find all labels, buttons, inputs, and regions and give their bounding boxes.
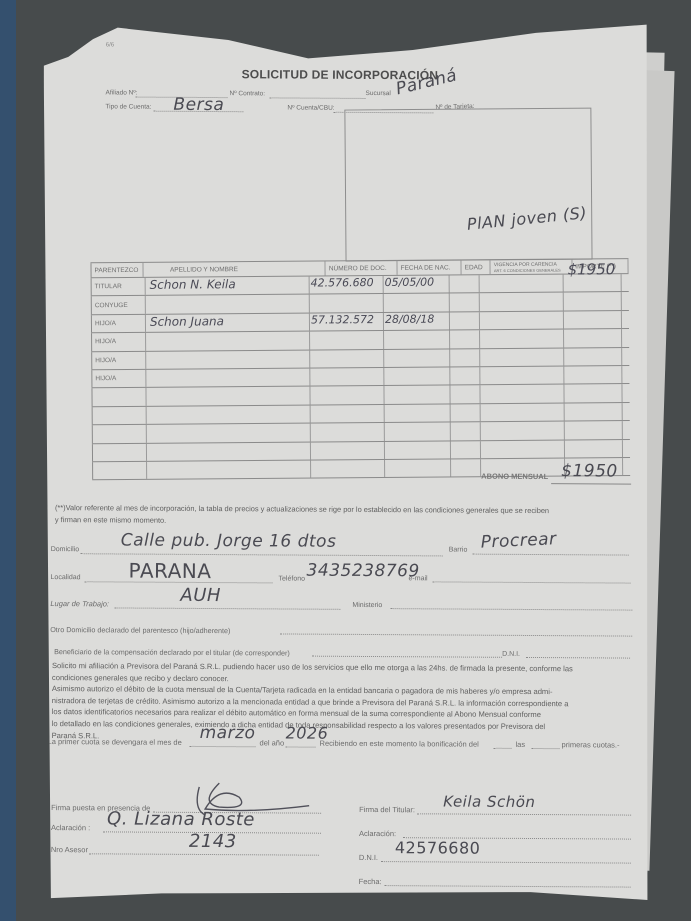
cell-parentezco: HIJO/A <box>91 333 146 351</box>
cell-fecha-nac[interactable] <box>384 386 450 404</box>
cuota-text-3: Recibiendo en este momento la bonificaci… <box>320 740 479 748</box>
cell-nombre[interactable]: Schon Juana <box>146 313 310 332</box>
col-documento: NÚMERO DE DOC. <box>326 261 398 276</box>
cuota-mes-value[interactable]: marzo <box>200 725 256 742</box>
background-edge <box>0 0 16 921</box>
firma-titular-field[interactable] <box>417 813 631 815</box>
fecha-label: Fecha: <box>359 878 382 886</box>
telefono-label: Teléfono <box>279 575 306 582</box>
cell-fecha-nac[interactable] <box>385 441 451 459</box>
cell-documento[interactable] <box>310 368 384 386</box>
cell-vigencia[interactable] <box>480 311 564 329</box>
domicilio-value[interactable]: Calle pub. Jorge 16 dtos <box>121 532 337 550</box>
cell-vigencia[interactable] <box>480 293 564 311</box>
cell-edad[interactable] <box>450 349 480 367</box>
barrio-field[interactable] <box>473 554 629 556</box>
trabajo-value[interactable]: AUH <box>180 587 221 605</box>
col-vigencia-sublabel: ART. 6 CONDICIONES GENERALES <box>494 267 561 273</box>
otro-domicilio-label: Otro Domicilio declarado del parentesco … <box>50 626 230 634</box>
cell-documento[interactable] <box>310 294 384 312</box>
cuota-text-2: del año <box>260 739 285 747</box>
trabajo-label: Lugar de Trabajo: <box>50 600 109 608</box>
tipo-cuenta-label: Tipo de Cuenta: <box>105 104 151 111</box>
beneficiario-label: Beneficiario de la compensación declarad… <box>54 648 290 657</box>
beneficiario-dni-label: D.N.I. <box>502 651 520 658</box>
cuenta-cbu-label: Nº Cuenta/CBU: <box>287 105 334 112</box>
cell-importe[interactable] <box>564 366 622 384</box>
cell-vigencia[interactable] <box>480 385 564 403</box>
aclaracion-left-label: Aclaración : <box>51 824 90 832</box>
cell-parentezco <box>92 462 147 480</box>
cell-fecha-nac[interactable]: 05/05/00 <box>384 275 450 293</box>
domicilio-label: Domicilio <box>51 546 79 553</box>
cuotas-count-field[interactable] <box>532 748 560 749</box>
cell-importe[interactable] <box>564 384 622 402</box>
cell-parentezco: TITULAR <box>91 278 146 296</box>
cell-nombre[interactable] <box>146 295 310 314</box>
cell-nombre[interactable] <box>147 460 311 479</box>
col-edad: EDAD <box>462 260 491 274</box>
cell-edad[interactable] <box>450 386 480 404</box>
cell-parentezco: CONYUGE <box>91 296 146 314</box>
firma-titular-value[interactable]: Keila Schön <box>443 794 535 810</box>
cell-documento[interactable] <box>311 460 385 478</box>
cell-fecha-nac[interactable] <box>384 349 450 367</box>
application-form-sheet: 6/6 SOLICITUD DE INCORPORACIÓN Afiliado … <box>39 12 659 911</box>
abono-mensual-value: $1950 <box>561 463 618 480</box>
cell-importe[interactable] <box>564 329 622 347</box>
cell-edad[interactable] <box>450 294 480 312</box>
cell-fecha-nac[interactable] <box>385 423 451 441</box>
abono-underline <box>551 483 631 484</box>
asesor-field[interactable] <box>89 853 319 855</box>
cuota-anio-field[interactable] <box>286 746 316 747</box>
cell-edad[interactable] <box>450 312 480 330</box>
dni-label: D.N.I. <box>359 854 378 862</box>
cuota-text-1: La primer cuota se devengara el mes de <box>48 738 182 746</box>
dni-value[interactable]: 42576680 <box>395 840 481 857</box>
col-fecha-nac: FECHA DE NAC. <box>398 260 462 275</box>
cell-vigencia[interactable] <box>481 440 565 458</box>
cell-edad[interactable] <box>451 441 481 459</box>
cell-importe[interactable] <box>564 348 622 366</box>
trabajo-field[interactable] <box>114 607 340 609</box>
asesor-value[interactable]: 2143 <box>189 833 237 851</box>
abono-mensual-label: ABONO MENSUAL <box>481 473 548 481</box>
cell-nombre-value: Schon Juana <box>150 314 224 329</box>
cell-nombre[interactable] <box>146 387 310 406</box>
cell-documento[interactable] <box>311 405 385 423</box>
cell-parentezco: HIJO/A <box>91 351 146 369</box>
domicilio-field[interactable] <box>81 553 443 556</box>
cuota-mes-field[interactable] <box>190 746 256 747</box>
cell-importe[interactable]: $1950 <box>564 274 622 292</box>
cell-nombre[interactable] <box>147 442 311 461</box>
cell-documento-value: 42.576.680 <box>311 276 374 289</box>
cell-documento[interactable] <box>310 331 384 349</box>
cell-documento-value: 57.132.572 <box>311 313 374 326</box>
col-parentezco: PARENTEZCO <box>90 263 144 277</box>
cell-documento[interactable] <box>311 423 385 441</box>
cell-parentezco <box>92 407 147 425</box>
cell-parentezco: HIJO/A <box>91 315 146 333</box>
cell-nombre-value: Schon N. Keila <box>150 277 236 292</box>
email-label: e-mail <box>409 575 428 582</box>
cell-edad[interactable] <box>450 367 480 385</box>
cell-fecha-nac-value: 28/08/18 <box>385 312 435 325</box>
email-field[interactable] <box>433 581 631 583</box>
cell-parentezco <box>91 388 146 406</box>
cell-nombre[interactable] <box>146 369 310 388</box>
cell-documento[interactable] <box>311 441 385 459</box>
fecha-field[interactable] <box>385 885 631 888</box>
cell-nombre[interactable] <box>146 332 310 351</box>
aclaracion-right-label: Aclaración: <box>359 830 396 838</box>
cell-vigencia[interactable] <box>480 275 564 293</box>
cell-edad[interactable] <box>451 404 481 422</box>
cell-parentezco: HIJO/A <box>91 370 146 388</box>
cell-fecha-nac[interactable] <box>384 331 450 349</box>
bonificacion-field[interactable] <box>494 748 512 749</box>
cell-parentezco <box>92 425 147 443</box>
cell-nombre[interactable] <box>147 405 311 424</box>
beneficiario-dni-field[interactable] <box>526 657 630 659</box>
cell-nombre[interactable] <box>147 424 311 443</box>
cell-vigencia[interactable] <box>480 330 564 348</box>
cell-documento[interactable]: 42.576.680 <box>310 276 384 294</box>
sucursal-label: Sucursal <box>365 91 390 98</box>
ministerio-field[interactable] <box>390 608 632 610</box>
cell-fecha-nac[interactable] <box>385 459 451 477</box>
cell-vigencia[interactable] <box>480 348 564 366</box>
cell-parentezco <box>92 443 147 461</box>
aclaracion-left-value[interactable]: Q. Lizana Roste <box>107 810 255 829</box>
page-number: 6/6 <box>106 42 114 48</box>
dni-field[interactable] <box>381 861 631 864</box>
cell-fecha-nac-value: 05/05/00 <box>385 276 435 289</box>
table-row <box>92 458 630 481</box>
cell-fecha-nac[interactable] <box>385 404 451 422</box>
cell-fecha-nac[interactable] <box>384 367 450 385</box>
cell-importe[interactable] <box>564 293 622 311</box>
cell-fecha-nac[interactable]: 28/08/18 <box>384 312 450 330</box>
cell-importe[interactable] <box>565 403 623 421</box>
afiliado-label: Afiliado Nº: <box>105 90 137 97</box>
col-nombre: APELLIDO Y NOMBRE <box>144 261 326 276</box>
cell-vigencia[interactable] <box>480 367 564 385</box>
cell-nombre[interactable]: Schon N. Keila <box>146 277 310 296</box>
footnote-line-2: y firman en este mismo momento. <box>55 514 166 526</box>
cell-importe[interactable] <box>565 421 623 439</box>
cell-documento[interactable]: 57.132.572 <box>310 313 384 331</box>
beneficiario-field[interactable] <box>312 656 502 658</box>
members-table: PARENTEZCO APELLIDO Y NOMBRE NÚMERO DE D… <box>90 258 630 481</box>
localidad-label: Localidad <box>51 574 81 581</box>
cell-vigencia[interactable] <box>481 422 565 440</box>
notes-box <box>344 108 592 262</box>
asesor-label: Nro Asesor <box>51 846 88 854</box>
localidad-value[interactable]: PARANA <box>129 561 212 582</box>
cuota-text-5: primeras cuotas.- <box>562 741 620 749</box>
barrio-value[interactable]: Procrear <box>480 531 557 551</box>
tipo-cuenta-value[interactable]: Bersa <box>173 97 224 114</box>
cell-nombre[interactable] <box>146 350 310 369</box>
cell-edad[interactable] <box>450 330 480 348</box>
cell-vigencia[interactable] <box>481 403 565 421</box>
cell-edad[interactable] <box>451 422 481 440</box>
contrato-field[interactable] <box>269 97 365 99</box>
telefono-value[interactable]: 3435238769 <box>307 563 420 581</box>
otro-domicilio-field[interactable] <box>280 633 632 636</box>
cell-edad[interactable] <box>451 459 481 477</box>
cell-importe-value: $1950 <box>567 260 615 278</box>
cell-importe[interactable] <box>564 311 622 329</box>
ministerio-label: Ministerio <box>352 602 382 609</box>
col-vigencia: VIGENCIA POR CARENCIA ART. 6 CONDICIONES… <box>491 260 573 275</box>
cell-documento[interactable] <box>310 350 384 368</box>
cell-documento[interactable] <box>310 386 384 404</box>
cell-importe[interactable] <box>565 440 623 458</box>
barrio-label: Barrio <box>449 546 468 553</box>
cuota-text-4: las <box>516 741 526 749</box>
cell-edad[interactable] <box>450 275 480 293</box>
firma-titular-label: Firma del Titular: <box>359 806 415 814</box>
cell-fecha-nac[interactable] <box>384 294 450 312</box>
contrato-label: Nº Contrato: <box>229 91 265 98</box>
